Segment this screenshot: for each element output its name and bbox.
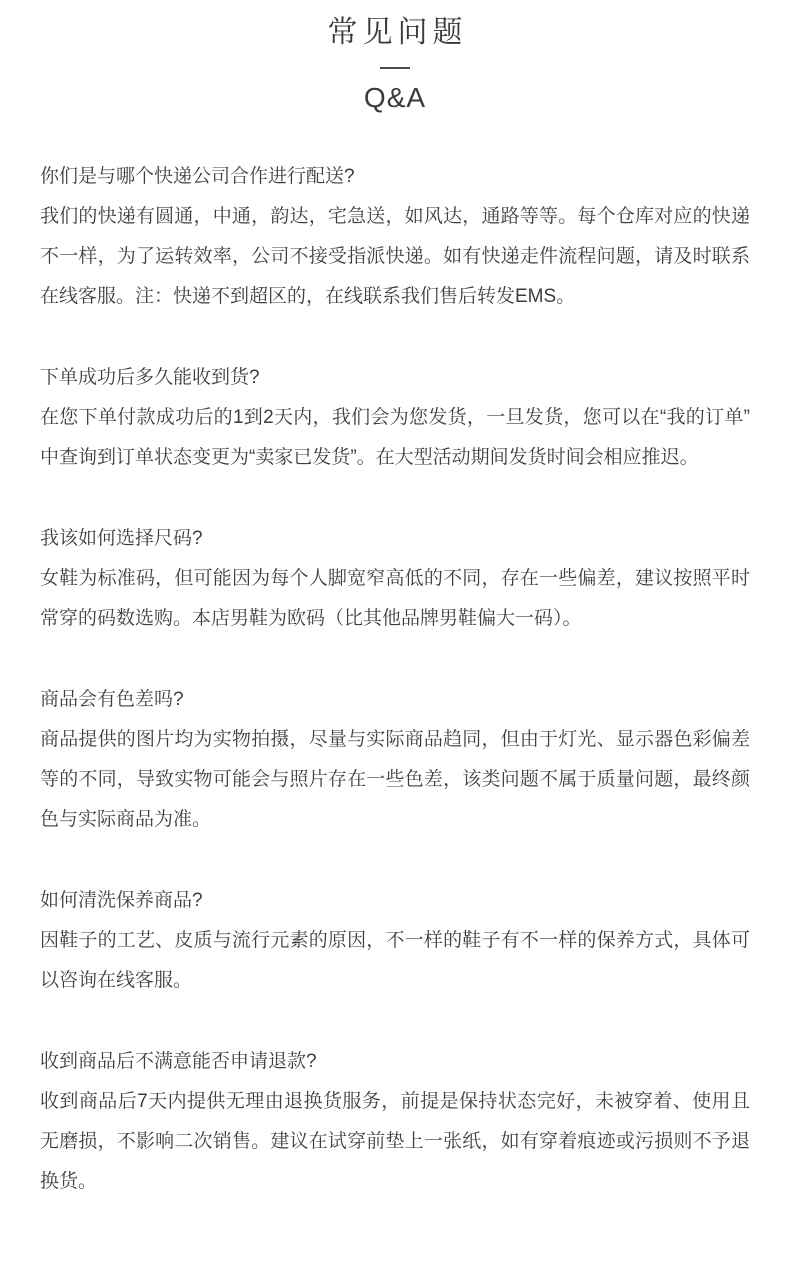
faq-question: 如何清洗保养商品? bbox=[40, 881, 750, 921]
page-subtitle: Q&A bbox=[0, 81, 790, 115]
faq-answer: 女鞋为标准码，但可能因为每个人脚宽窄高低的不同，存在一些偏差，建议按照平时常穿的… bbox=[40, 559, 750, 639]
faq-answer: 我们的快递有圆通，中通，韵达，宅急送，如风达，通路等等。每个仓库对应的快递不一样… bbox=[40, 197, 750, 317]
faq-header: 常见问题 Q&A bbox=[0, 0, 790, 115]
faq-item-care-cleaning: 如何清洗保养商品? 因鞋子的工艺、皮质与流行元素的原因，不一样的鞋子有不一样的保… bbox=[40, 881, 750, 1001]
faq-page: 常见问题 Q&A 你们是与哪个快递公司合作进行配送? 我们的快递有圆通，中通，韵… bbox=[0, 0, 790, 1278]
faq-question: 我该如何选择尺码? bbox=[40, 519, 750, 559]
faq-answer: 收到商品后7天内提供无理由退换货服务，前提是保持状态完好，未被穿着、使用且无磨损… bbox=[40, 1082, 750, 1202]
faq-answer: 商品提供的图片均为实物拍摄，尽量与实际商品趋同，但由于灯光、显示器色彩偏差等的不… bbox=[40, 720, 750, 840]
faq-item-delivery-time: 下单成功后多久能收到货? 在您下单付款成功后的1到2天内，我们会为您发货，一旦发… bbox=[40, 358, 750, 478]
faq-answer: 在您下单付款成功后的1到2天内，我们会为您发货，一旦发货，您可以在“我的订单”中… bbox=[40, 398, 750, 478]
faq-question: 下单成功后多久能收到货? bbox=[40, 358, 750, 398]
faq-answer: 因鞋子的工艺、皮质与流行元素的原因，不一样的鞋子有不一样的保养方式，具体可以咨询… bbox=[40, 921, 750, 1001]
faq-question: 收到商品后不满意能否申请退款? bbox=[40, 1042, 750, 1082]
faq-item-size-selection: 我该如何选择尺码? 女鞋为标准码，但可能因为每个人脚宽窄高低的不同，存在一些偏差… bbox=[40, 519, 750, 639]
faq-question: 商品会有色差吗? bbox=[40, 680, 750, 720]
faq-item-refund-policy: 收到商品后不满意能否申请退款? 收到商品后7天内提供无理由退换货服务，前提是保持… bbox=[40, 1042, 750, 1202]
title-divider bbox=[380, 67, 410, 69]
faq-question: 你们是与哪个快递公司合作进行配送? bbox=[40, 157, 750, 197]
page-title: 常见问题 bbox=[0, 12, 790, 54]
faq-list: 你们是与哪个快递公司合作进行配送? 我们的快递有圆通，中通，韵达，宅急送，如风达… bbox=[0, 115, 790, 1242]
faq-item-color-difference: 商品会有色差吗? 商品提供的图片均为实物拍摄，尽量与实际商品趋同，但由于灯光、显… bbox=[40, 680, 750, 840]
faq-item-shipping-company: 你们是与哪个快递公司合作进行配送? 我们的快递有圆通，中通，韵达，宅急送，如风达… bbox=[40, 157, 750, 317]
